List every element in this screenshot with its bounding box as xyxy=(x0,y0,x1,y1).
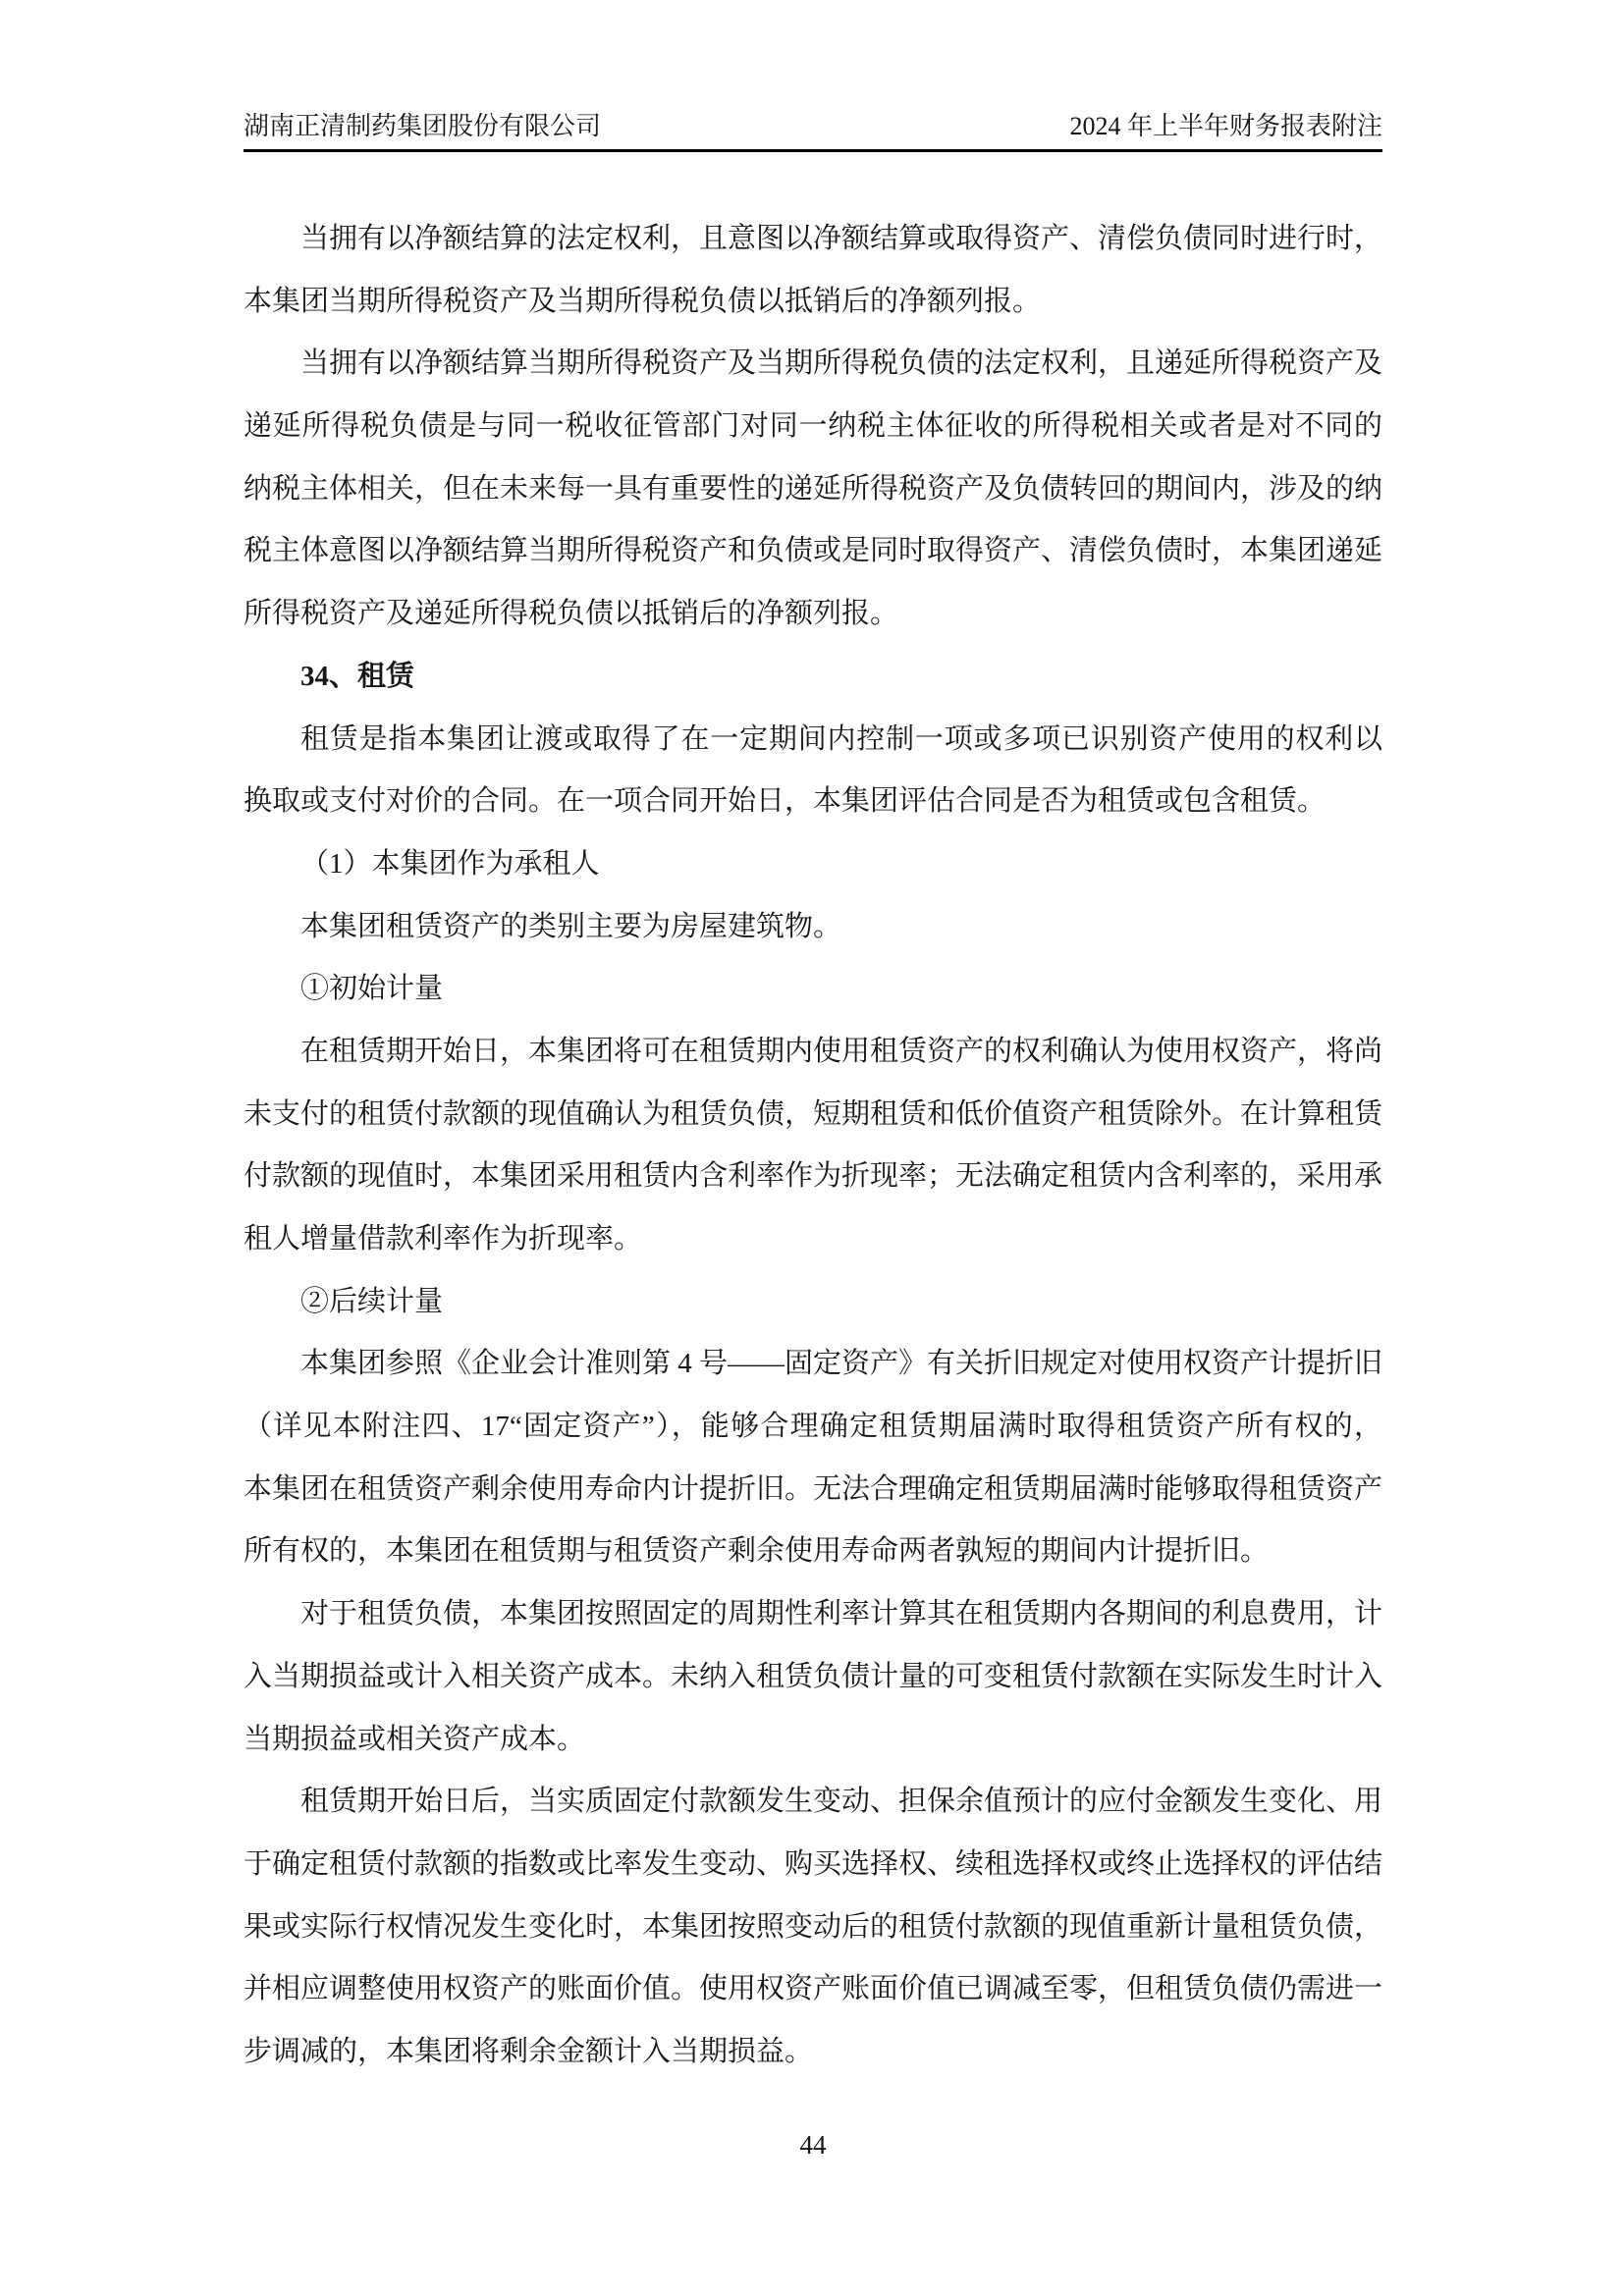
body-line: 并相应调整使用权资产的账面价值。使用权资产账面价值已调减至零，但租赁负债仍需进一 xyxy=(244,1958,1382,2021)
body-line: 换取或支付对价的合同。在一项合同开始日，本集团评估合同是否为租赁或包含租赁。 xyxy=(244,771,1382,833)
body-line: 果或实际行权情况发生变化时，本集团按照变动后的租赁付款额的现值重新计量租赁负债， xyxy=(244,1896,1382,1959)
body-line: 本集团当期所得税资产及当期所得税负债以抵销后的净额列报。 xyxy=(244,271,1382,334)
body-line: 当拥有以净额结算当期所得税资产及当期所得税负债的法定权利，且递延所得税资产及 xyxy=(244,333,1382,396)
body-line: 所有权的，本集团在租赁期与租赁资产剩余使用寿命两者孰短的期间内计提折旧。 xyxy=(244,1521,1382,1583)
body-line: 租赁期开始日后，当实质固定付款额发生变动、担保余值预计的应付金额发生变化、用 xyxy=(244,1771,1382,1834)
body-line: 步调减的，本集团将剩余金额计入当期损益。 xyxy=(244,2021,1382,2084)
page-header: 湖南正清制药集团股份有限公司 2024 年上半年财务报表附注 xyxy=(244,110,1382,143)
body-line: 递延所得税负债是与同一税收征管部门对同一纳税主体征收的所得税相关或者是对不同的 xyxy=(244,396,1382,458)
body-line: （详见本附注四、17“固定资产”），能够合理确定租赁期届满时取得租赁资产所有权的… xyxy=(244,1396,1382,1459)
body-line: 税主体意图以净额结算当期所得税资产和负债或是同时取得资产、清偿负债时，本集团递延 xyxy=(244,520,1382,583)
body-text: 当拥有以净额结算的法定权利，且意图以净额结算或取得资产、清偿负债同时进行时， 本… xyxy=(244,208,1382,2084)
header-doc-title: 2024 年上半年财务报表附注 xyxy=(1069,110,1382,143)
body-line: 本集团在租赁资产剩余使用寿命内计提折旧。无法合理确定租赁期届满时能够取得租赁资产 xyxy=(244,1459,1382,1522)
body-line: 当拥有以净额结算的法定权利，且意图以净额结算或取得资产、清偿负债同时进行时， xyxy=(244,208,1382,271)
body-line: 于确定租赁付款额的指数或比率发生变动、购买选择权、续租选择权或终止选择权的评估结 xyxy=(244,1834,1382,1896)
body-line: 在租赁期开始日，本集团将可在租赁期内使用租赁资产的权利确认为使用权资产，将尚 xyxy=(244,1021,1382,1084)
header-rule xyxy=(244,149,1382,152)
body-line: 本集团参照《企业会计准则第 4 号——固定资产》有关折旧规定对使用权资产计提折旧 xyxy=(244,1333,1382,1396)
body-line: 当期损益或相关资产成本。 xyxy=(244,1709,1382,1772)
body-line: 所得税资产及递延所得税负债以抵销后的净额列报。 xyxy=(244,583,1382,646)
subsection-heading: （1）本集团作为承租人 xyxy=(244,833,1382,896)
list-item-heading: ②后续计量 xyxy=(244,1271,1382,1334)
document-page: 湖南正清制药集团股份有限公司 2024 年上半年财务报表附注 当拥有以净额结算的… xyxy=(0,0,1624,2296)
body-line: 未支付的租赁付款额的现值确认为租赁负债，短期租赁和低价值资产租赁除外。在计算租赁 xyxy=(244,1084,1382,1147)
body-line: 对于租赁负债，本集团按照固定的周期性利率计算其在租赁期内各期间的利息费用，计 xyxy=(244,1583,1382,1646)
body-line: 付款额的现值时，本集团采用租赁内含利率作为折现率；无法确定租赁内含利率的，采用承 xyxy=(244,1146,1382,1208)
list-item-heading: ①初始计量 xyxy=(244,958,1382,1021)
header-company-name: 湖南正清制药集团股份有限公司 xyxy=(244,110,601,143)
body-line: 入当期损益或计入相关资产成本。未纳入租赁负债计量的可变租赁付款额在实际发生时计入 xyxy=(244,1646,1382,1709)
section-heading: 34、租赁 xyxy=(244,646,1382,709)
page-number: 44 xyxy=(244,2128,1382,2162)
body-line: 租人增量借款利率作为折现率。 xyxy=(244,1208,1382,1271)
body-line: 租赁是指本集团让渡或取得了在一定期间内控制一项或多项已识别资产使用的权利以 xyxy=(244,709,1382,772)
body-line: 纳税主体相关，但在未来每一具有重要性的递延所得税资产及负债转回的期间内，涉及的纳 xyxy=(244,458,1382,521)
body-line: 本集团租赁资产的类别主要为房屋建筑物。 xyxy=(244,896,1382,959)
